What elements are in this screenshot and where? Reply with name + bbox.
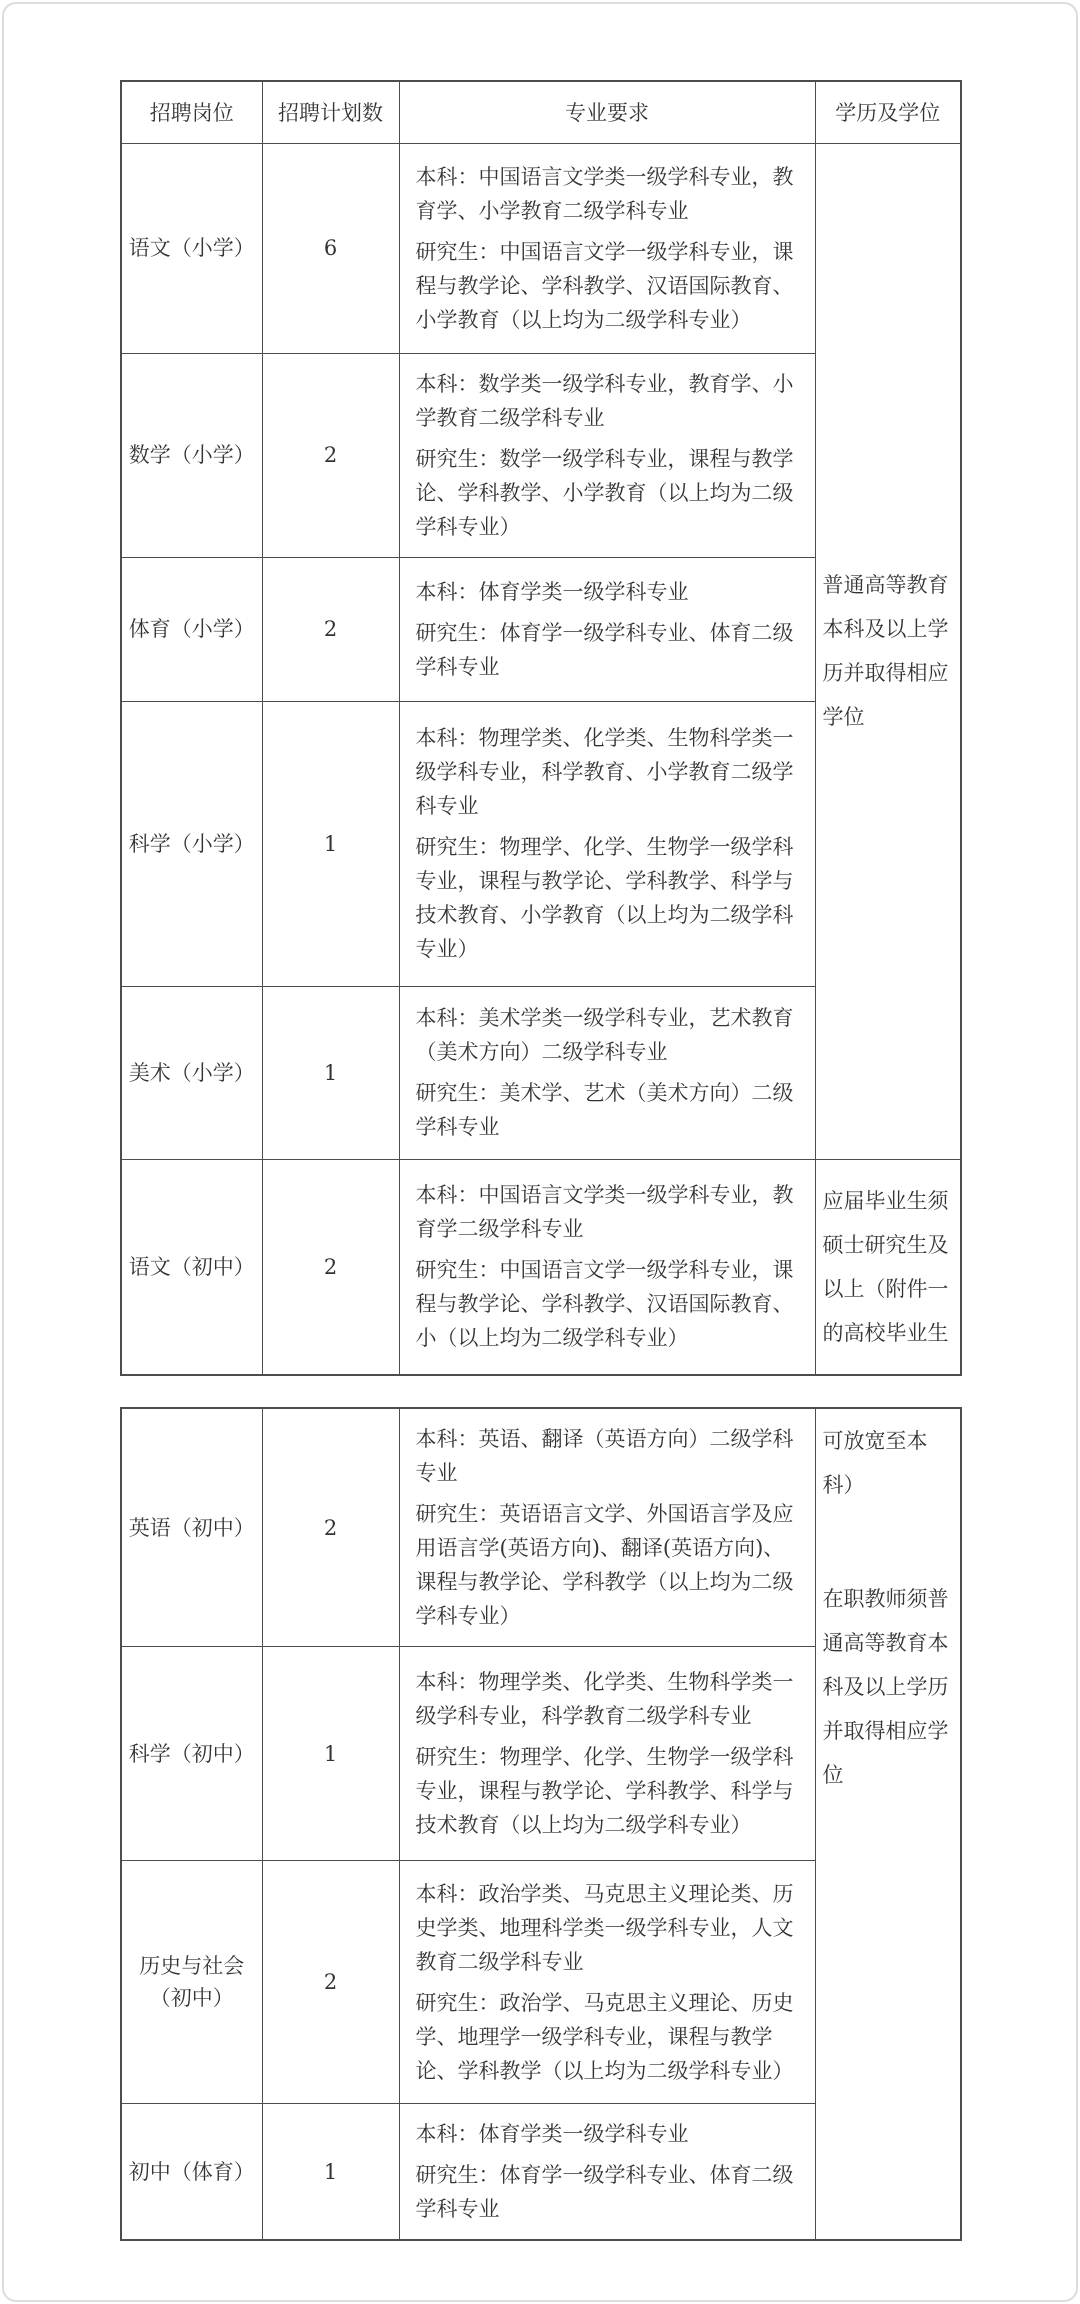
undergrad-requirement: 本科：中国语言文学类一级学科专业，教育学、小学教育二级学科专业 [416,160,799,228]
count-cell: 2 [262,1408,399,1647]
requirement-cell: 本科：中国语言文学类一级学科专业，教育学、小学教育二级学科专业 研究生：中国语言… [399,143,815,353]
requirement-cell: 本科：体育学类一级学科专业 研究生：体育学一级学科专业、体育二级学科专业 [399,2104,815,2241]
requirement-cell: 本科：中国语言文学类一级学科专业，教育学二级学科专业 研究生：中国语言文学一级学… [399,1159,815,1375]
table-row: 语文（初中） 2 本科：中国语言文学类一级学科专业，教育学二级学科专业 研究生：… [121,1159,961,1375]
count-cell: 1 [262,986,399,1159]
requirement-cell: 本科：英语、翻译（英语方向）二级学科专业 研究生：英语语言文学、外国语言学及应用… [399,1408,815,1647]
degree-note-continued: 可放宽至本科） [823,1419,954,1507]
header-count: 招聘计划数 [262,81,399,143]
postgrad-requirement: 研究生：中国语言文学一级学科专业，课程与教学论、学科教学、汉语国际教育、小（以上… [416,1253,799,1355]
postgrad-requirement: 研究生：美术学、艺术（美术方向）二级学科专业 [416,1076,799,1144]
table-row: 语文（小学） 6 本科：中国语言文学类一级学科专业，教育学、小学教育二级学科专业… [121,143,961,353]
position-cell: 语文（初中） [121,1159,262,1375]
postgrad-requirement: 研究生：政治学、马克思主义理论、历史学、地理学一级学科专业，课程与教学论、学科教… [416,1986,799,2088]
degree-cell-merged-upper: 普通高等教育本科及以上学历并取得相应学位 [815,143,961,1159]
undergrad-requirement: 本科：中国语言文学类一级学科专业，教育学二级学科专业 [416,1178,799,1246]
position-cell: 历史与社会（初中） [121,1861,262,2104]
position-cell: 语文（小学） [121,143,262,353]
requirement-cell: 本科：数学类一级学科专业，教育学、小学教育二级学科专业 研究生：数学一级学科专业… [399,353,815,557]
undergrad-requirement: 本科：数学类一级学科专业，教育学、小学教育二级学科专业 [416,367,799,435]
header-degree: 学历及学位 [815,81,961,143]
requirement-cell: 本科：政治学类、马克思主义理论类、历史学类、地理科学类一级学科专业，人文教育二级… [399,1861,815,2104]
count-cell: 2 [262,1159,399,1375]
count-cell: 1 [262,2104,399,2241]
recruitment-table-lower: 英语（初中） 2 本科：英语、翻译（英语方向）二级学科专业 研究生：英语语言文学… [120,1407,962,2241]
position-cell: 数学（小学） [121,353,262,557]
count-cell: 1 [262,1647,399,1861]
count-cell: 2 [262,557,399,701]
table-header-row: 招聘岗位 招聘计划数 专业要求 学历及学位 [121,81,961,143]
undergrad-requirement: 本科：英语、翻译（英语方向）二级学科专业 [416,1422,799,1490]
postgrad-requirement: 研究生：体育学一级学科专业、体育二级学科专业 [416,2158,799,2226]
requirement-cell: 本科：体育学类一级学科专业 研究生：体育学一级学科专业、体育二级学科专业 [399,557,815,701]
undergrad-requirement: 本科：体育学类一级学科专业 [416,2117,799,2151]
requirement-cell: 本科：物理学类、化学类、生物科学类一级学科专业，科学教育二级学科专业 研究生：物… [399,1647,815,1861]
position-cell: 美术（小学） [121,986,262,1159]
count-cell: 1 [262,701,399,986]
table-row: 英语（初中） 2 本科：英语、翻译（英语方向）二级学科专业 研究生：英语语言文学… [121,1408,961,1647]
undergrad-requirement: 本科：物理学类、化学类、生物科学类一级学科专业，科学教育、小学教育二级学科专业 [416,721,799,823]
requirement-cell: 本科：物理学类、化学类、生物科学类一级学科专业，科学教育、小学教育二级学科专业 … [399,701,815,986]
degree-cell-fresh-graduate: 应届毕业生须硕士研究生及以上（附件一的高校毕业生 [815,1159,961,1375]
count-cell: 2 [262,1861,399,2104]
position-cell: 体育（小学） [121,557,262,701]
postgrad-requirement: 研究生：数学一级学科专业，课程与教学论、学科教学、小学教育（以上均为二级学科专业… [416,442,799,544]
undergrad-requirement: 本科：政治学类、马克思主义理论类、历史学类、地理科学类一级学科专业，人文教育二级… [416,1877,799,1979]
header-position: 招聘岗位 [121,81,262,143]
undergrad-requirement: 本科：体育学类一级学科专业 [416,575,799,609]
position-cell: 科学（初中） [121,1647,262,1861]
position-cell: 英语（初中） [121,1408,262,1647]
requirement-cell: 本科：美术学类一级学科专业，艺术教育（美术方向）二级学科专业 研究生：美术学、艺… [399,986,815,1159]
postgrad-requirement: 研究生：物理学、化学、生物学一级学科专业，课程与教学论、学科教学、科学与技术教育… [416,1740,799,1842]
postgrad-requirement: 研究生：英语语言文学、外国语言学及应用语言学(英语方向)、翻译(英语方向)、课程… [416,1497,799,1633]
undergrad-requirement: 本科：物理学类、化学类、生物科学类一级学科专业，科学教育二级学科专业 [416,1665,799,1733]
postgrad-requirement: 研究生：物理学、化学、生物学一级学科专业，课程与教学论、学科教学、科学与技术教育… [416,830,799,966]
count-cell: 2 [262,353,399,557]
recruitment-table-upper: 招聘岗位 招聘计划数 专业要求 学历及学位 语文（小学） 6 本科：中国语言文学… [120,80,962,1376]
position-cell: 科学（小学） [121,701,262,986]
degree-cell-merged-lower: 可放宽至本科） 在职教师须普通高等教育本科及以上学历并取得相应学位 [815,1408,961,2240]
position-cell: 初中（体育） [121,2104,262,2241]
header-major: 专业要求 [399,81,815,143]
postgrad-requirement: 研究生：体育学一级学科专业、体育二级学科专业 [416,616,799,684]
count-cell: 6 [262,143,399,353]
postgrad-requirement: 研究生：中国语言文学一级学科专业，课程与教学论、学科教学、汉语国际教育、小学教育… [416,235,799,337]
undergrad-requirement: 本科：美术学类一级学科专业，艺术教育（美术方向）二级学科专业 [416,1001,799,1069]
degree-note-inservice: 在职教师须普通高等教育本科及以上学历并取得相应学位 [823,1577,954,1797]
degree-spacer [823,1507,954,1577]
